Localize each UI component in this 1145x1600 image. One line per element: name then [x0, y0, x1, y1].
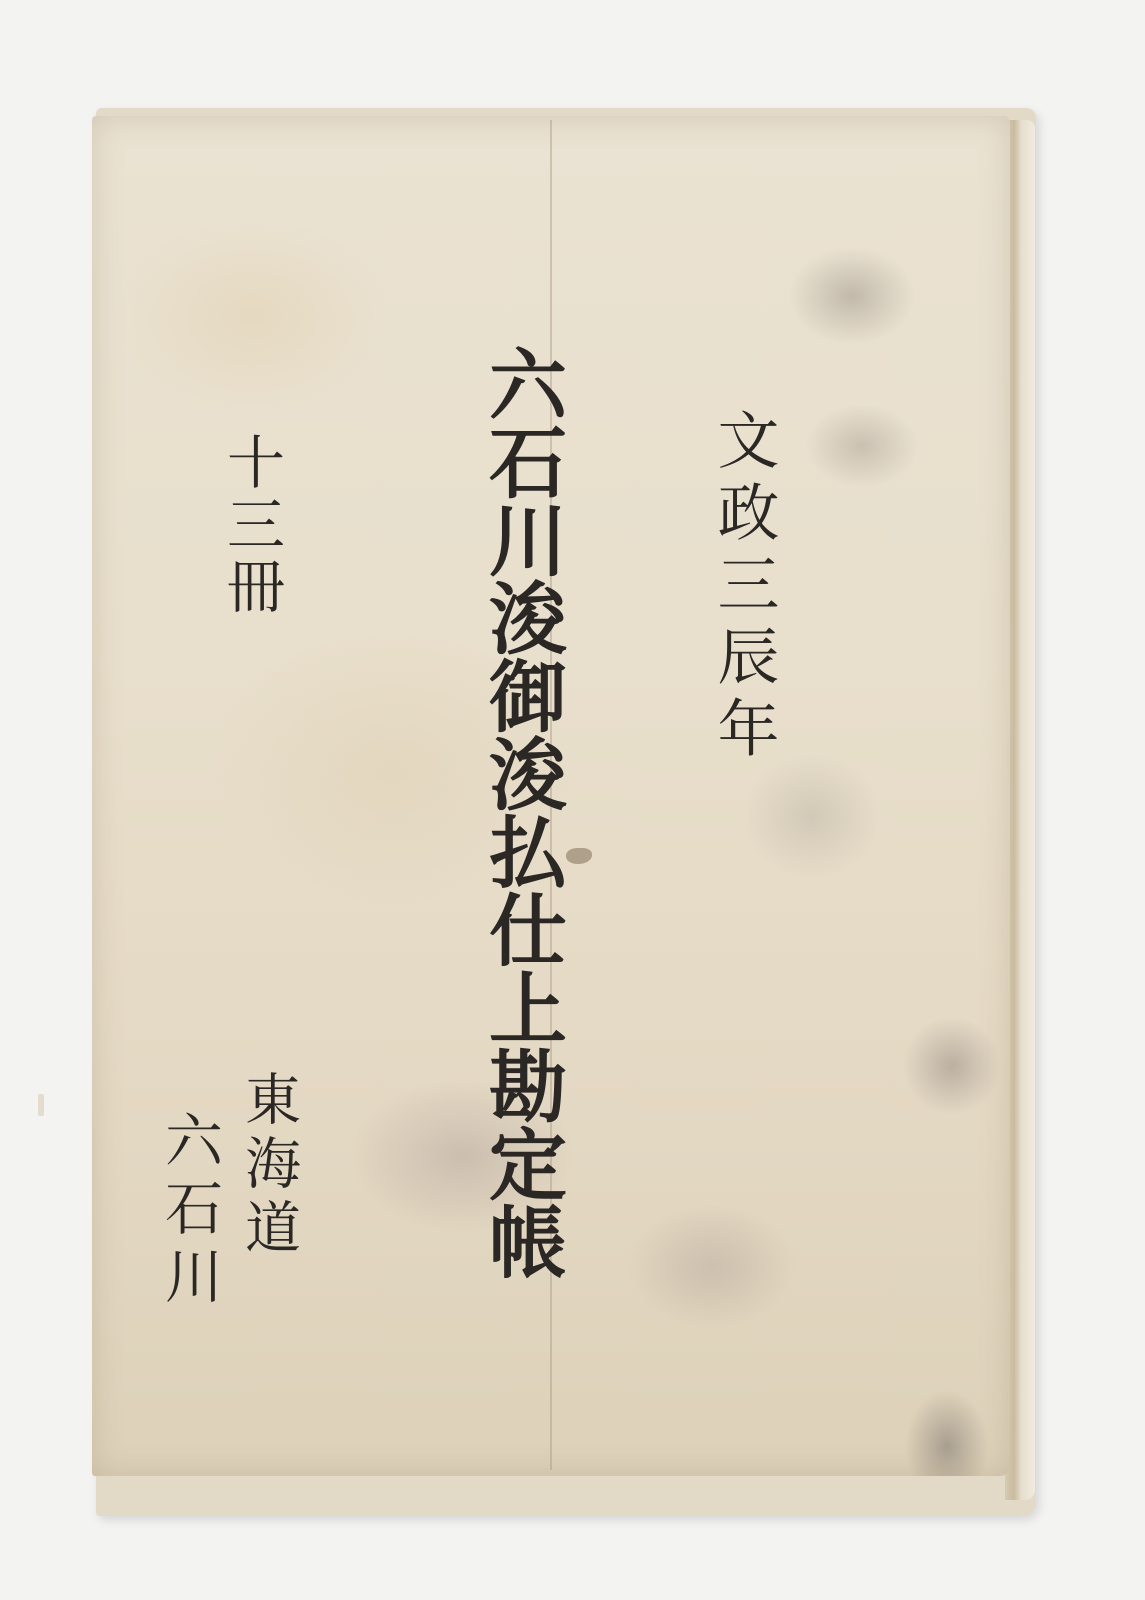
- region-label: 東海道: [240, 1070, 296, 1262]
- background-mark: [38, 1094, 44, 1116]
- volume-number: 十三冊: [222, 432, 280, 618]
- place-label: 六石川: [160, 1110, 218, 1314]
- date-inscription: 文政三辰年: [712, 408, 774, 768]
- document-title: 六石川浚御浚払仕上勘定帳: [482, 344, 560, 1280]
